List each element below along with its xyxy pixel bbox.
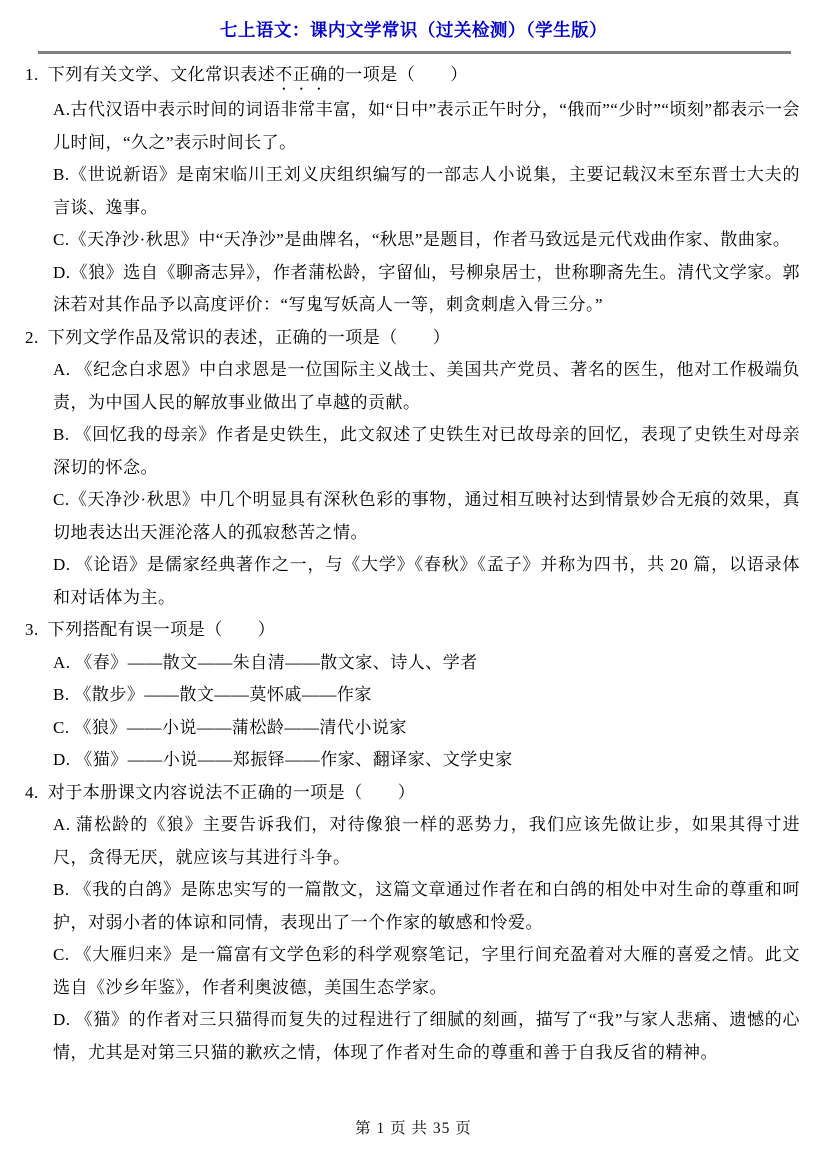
question-1-option-a: A.古代汉语中表示时间的词语非常丰富，如“日中”表示正午时分，“俄而”“少时”“…: [53, 94, 800, 159]
question-4: 4.对于本册课文内容说法不正确的一项是（ ） A. 蒲松龄的《狼》主要告诉我们，…: [25, 777, 800, 1070]
question-1-number: 1.: [25, 65, 39, 84]
question-4-option-b: B. 《我的白鸽》是陈忠实写的一篇散文，这篇文章通过作者在和白鸽的相处中对生命的…: [53, 874, 800, 939]
question-2: 2.下列文学作品及常识的表述，正确的一项是（ ） A. 《纪念白求恩》中白求恩是…: [25, 322, 800, 615]
question-4-number: 4.: [25, 783, 39, 802]
question-2-option-b: B. 《回忆我的母亲》作者是史铁生，此文叙述了史铁生对已故母亲的回忆，表现了史铁…: [53, 419, 800, 484]
question-1: 1.下列有关文学、文化常识表述不正确的一项是（ ） A.古代汉语中表示时间的词语…: [25, 59, 800, 322]
document-page: 七上语文：课内文学常识（过关检测）（学生版） 1.下列有关文学、文化常识表述不正…: [0, 0, 827, 1169]
question-2-stem: 2.下列文学作品及常识的表述，正确的一项是（ ）: [25, 322, 800, 355]
question-1-option-c: C.《天净沙·秋思》中“天净沙”是曲牌名，“秋思”是题目，作者马致远是元代戏曲作…: [53, 224, 800, 257]
question-1-option-d: D.《狼》选自《聊斋志异》，作者蒲松龄，字留仙，号柳泉居士，世称聊斋先生。清代文…: [53, 257, 800, 322]
question-2-option-c: C.《天净沙·秋思》中几个明显具有深秋色彩的事物，通过相互映衬达到情景妙合无痕的…: [53, 484, 800, 549]
question-1-stem-emphasis: 不正确: [275, 65, 328, 84]
question-1-stem-pre: 下列有关文学、文化常识表述: [48, 65, 276, 84]
title-divider: [38, 51, 791, 54]
question-4-stem: 4.对于本册课文内容说法不正确的一项是（ ）: [25, 777, 800, 810]
question-4-option-c: C. 《大雁归来》是一篇富有文学色彩的科学观察笔记，字里行间充盈着对大雁的喜爱之…: [53, 939, 800, 1004]
question-4-stem-text: 对于本册课文内容说法不正确的一项是（ ）: [48, 783, 416, 802]
question-2-stem-text: 下列文学作品及常识的表述，正确的一项是（ ）: [48, 328, 451, 347]
question-2-options: A. 《纪念白求恩》中白求恩是一位国际主义战士、美国共产党员、著名的医生，他对工…: [25, 354, 800, 614]
question-4-option-d: D. 《猫》的作者对三只猫得而复失的过程进行了细腻的刻画，描写了“我”与家人悲痛…: [53, 1004, 800, 1069]
question-3-options: A. 《春》——散文——朱自清——散文家、诗人、学者 B. 《散步》——散文——…: [25, 647, 800, 777]
question-2-option-d: D. 《论语》是儒家经典著作之一，与《大学》《春秋》《孟子》并称为四书，共 20…: [53, 549, 800, 614]
question-3-option-d: D. 《猫》——小说——郑振铎——作家、翻译家、文学史家: [53, 744, 800, 777]
question-4-options: A. 蒲松龄的《狼》主要告诉我们，对待像狼一样的恶势力，我们应该先做让步，如果其…: [25, 809, 800, 1069]
question-4-option-a: A. 蒲松龄的《狼》主要告诉我们，对待像狼一样的恶势力，我们应该先做让步，如果其…: [53, 809, 800, 874]
question-2-option-a: A. 《纪念白求恩》中白求恩是一位国际主义战士、美国共产党员、著名的医生，他对工…: [53, 354, 800, 419]
question-3-option-c: C. 《狼》——小说——蒲松龄——清代小说家: [53, 712, 800, 745]
question-3-number: 3.: [25, 620, 39, 639]
question-1-option-b: B.《世说新语》是南宋临川王刘义庆组织编写的一部志人小说集，主要记载汉末至东晋士…: [53, 159, 800, 224]
question-3-option-b: B. 《散步》——散文——莫怀戚——作家: [53, 679, 800, 712]
question-2-number: 2.: [25, 328, 39, 347]
page-title: 七上语文：课内文学常识（过关检测）（学生版）: [0, 0, 827, 43]
question-3: 3.下列搭配有误一项是（ ） A. 《春》——散文——朱自清——散文家、诗人、学…: [25, 614, 800, 777]
question-1-stem-post: 的一项是（ ）: [328, 65, 468, 84]
question-3-option-a: A. 《春》——散文——朱自清——散文家、诗人、学者: [53, 647, 800, 680]
question-1-stem: 1.下列有关文学、文化常识表述不正确的一项是（ ）: [25, 59, 800, 94]
question-1-options: A.古代汉语中表示时间的词语非常丰富，如“日中”表示正午时分，“俄而”“少时”“…: [25, 94, 800, 322]
page-number-footer: 第 1 页 共 35 页: [0, 1116, 827, 1138]
question-3-stem-text: 下列搭配有误一项是（ ）: [48, 620, 276, 639]
document-body: 1.下列有关文学、文化常识表述不正确的一项是（ ） A.古代汉语中表示时间的词语…: [0, 59, 827, 1069]
question-3-stem: 3.下列搭配有误一项是（ ）: [25, 614, 800, 647]
